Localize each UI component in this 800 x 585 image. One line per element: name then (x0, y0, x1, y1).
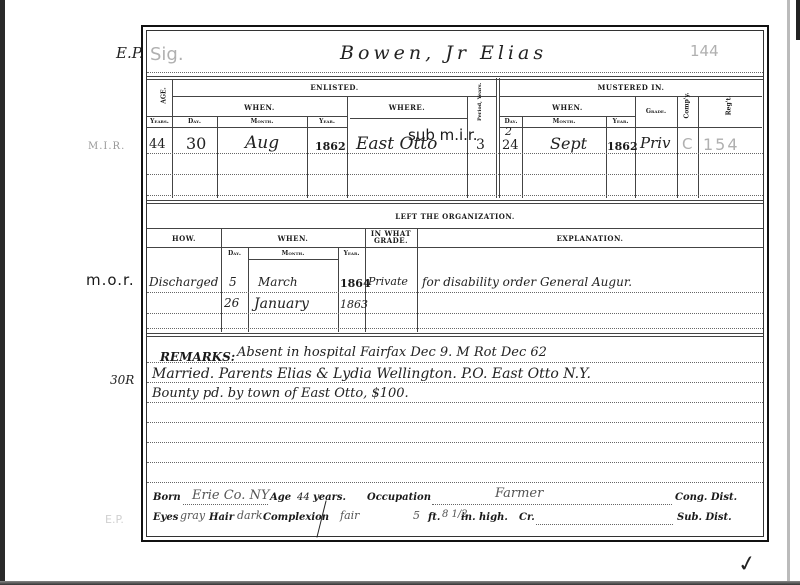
left-day-header: Day. (221, 250, 248, 257)
scan-right-edge (787, 0, 790, 585)
occupation-label: Occupation (367, 492, 431, 503)
left-explanation-value: for disability order General Augur. (422, 275, 632, 289)
in-high-label: in. high. (461, 512, 508, 523)
eyes-label: Eyes (153, 512, 178, 523)
remarks-line-rule-1 (147, 362, 763, 363)
age-label: Age (270, 492, 291, 503)
remarks-top-divider (147, 333, 763, 337)
remarks-line-rule-2 (147, 382, 763, 383)
years-label: years. (313, 492, 346, 503)
left-grade-header: IN WHAT GRADE. (365, 230, 417, 244)
subhdr-line-1 (147, 116, 347, 117)
mustered-grade-value: Priv (640, 134, 671, 152)
eyes-value: gray (180, 509, 205, 522)
cr-label: Cr. (519, 512, 535, 523)
left-month-value-1: March (258, 275, 298, 289)
mustered-day-header: Day. (500, 118, 522, 125)
entry-line-2 (147, 174, 763, 175)
margin-note-bottom: E.P. (105, 513, 124, 526)
mustered-company-value: C (682, 135, 692, 153)
how-header: HOW. (147, 234, 221, 243)
enlisted-when-header: WHEN. (172, 103, 347, 112)
remarks-line-rule-3 (147, 402, 763, 403)
header-divider (147, 76, 763, 80)
enlisted-year-header: Year. (307, 118, 347, 125)
enlisted-header-line (172, 96, 497, 97)
cong-dist-label: Cong. Dist. (675, 492, 737, 503)
enlisted-month-value: Aug (245, 133, 279, 153)
left-entry-line-2 (147, 313, 763, 314)
mustered-subhdr-line-2 (500, 127, 762, 128)
regiment-line (698, 96, 699, 198)
remarks-line-2: Married. Parents Elias & Lydia Wellingto… (152, 366, 591, 382)
left-org-header-line (147, 228, 763, 229)
left-day-value-1: 5 (229, 275, 237, 289)
mustered-day-correction: 2 (505, 125, 512, 138)
enlisted-where-note: sub m.i.r. (408, 126, 478, 144)
name-underline (147, 72, 763, 73)
checkmark-icon: ✓ (736, 551, 758, 579)
mustered-month-value: Sept (550, 134, 587, 153)
soldier-name: Bowen, Jr Elias (340, 42, 547, 64)
period-line (467, 96, 468, 198)
remarks-line-rule-5 (147, 442, 763, 443)
born-underline (183, 504, 268, 505)
enlisted-where-header: WHERE. (347, 103, 467, 112)
age-col-line (172, 80, 173, 198)
enlisted-day-value: 30 (186, 134, 206, 153)
sig-label: Sig. (150, 44, 184, 65)
explanation-line (417, 228, 418, 332)
left-year-header: Year. (338, 250, 365, 257)
mustered-subhdr-line (500, 116, 635, 117)
occupation-value: Farmer (495, 486, 543, 501)
enlisted-year-value: 1862 (315, 140, 346, 153)
where-subline (350, 118, 467, 119)
hair-value: dark (237, 509, 263, 522)
left-grade-value: Private (368, 275, 408, 288)
entry-line-1 (147, 153, 763, 154)
left-month-value-2: January (254, 296, 309, 312)
margin-note-mustered: M.I.R. (88, 141, 125, 152)
hair-label: Hair (209, 512, 234, 523)
period-header: Period, Years. (477, 85, 483, 121)
left-org-header: LEFT THE ORGANIZATION. (147, 212, 763, 221)
left-entry-line-1 (147, 292, 763, 293)
scan-left-edge (0, 0, 5, 585)
born-label: Born (153, 492, 181, 503)
enl-month-line (307, 116, 308, 198)
mustered-year-header: Year. (606, 118, 635, 125)
ft-label: ft. (428, 512, 440, 523)
entry-line-3 (147, 195, 763, 196)
left-month-line (338, 247, 339, 332)
regiment-header: Reg't. (726, 91, 733, 121)
remarks-line-3: Bounty pd. by town of East Otto, $100. (152, 386, 409, 401)
left-how-value: Discharged (149, 275, 218, 289)
mustered-when-header: WHEN. (500, 103, 635, 112)
company-header: Comp'y. (684, 91, 691, 121)
mustered-day-value: 24 (502, 138, 519, 153)
enlisted-header: ENLISTED. (172, 83, 497, 92)
mustered-header-line (500, 96, 762, 97)
mus-day-line (522, 116, 523, 198)
margin-note-top: E.P. (116, 44, 144, 62)
remarks-line-rule-7 (147, 482, 763, 483)
scan-corner (796, 0, 800, 40)
mustered-regiment-value: 154 (703, 135, 740, 154)
born-value: Erie Co. NY (192, 488, 269, 503)
left-month-header: Month. (248, 250, 338, 257)
how-line (221, 228, 222, 332)
margin-note-left-org: m.o.r. (86, 271, 135, 289)
mustered-header: MUSTERED IN. (500, 83, 762, 92)
left-org-top-divider (147, 200, 763, 204)
card-number: 144 (690, 42, 719, 60)
remarks-line-rule-4 (147, 422, 763, 423)
scan-bottom-edge (0, 581, 800, 585)
left-month-subline (248, 259, 338, 260)
age-header: AGE. (161, 78, 168, 114)
mustered-year-value: 1862 (607, 140, 638, 153)
enlisted-age-value: 44 (149, 137, 166, 152)
margin-note-remarks: 30R (110, 373, 134, 387)
complexion-value: fair (340, 509, 359, 522)
enlisted-month-header: Month. (217, 118, 307, 125)
enlisted-day-header: Day. (172, 118, 217, 125)
remarks-line-1: Absent in hospital Fairfax Dec 9. M Rot … (237, 345, 547, 360)
subhdr-line-2 (147, 127, 347, 128)
age-value: 44 (297, 492, 310, 503)
remarks-line-rule-6 (147, 462, 763, 463)
explanation-header: EXPLANATION. (417, 234, 763, 243)
years-header: Years. (147, 118, 172, 125)
left-day-value-2: 26 (224, 296, 239, 310)
occupation-underline (432, 504, 672, 505)
left-entry-line-3 (147, 328, 763, 329)
grade-header: Grade. (635, 108, 677, 115)
sub-dist-label: Sub. Dist. (677, 512, 732, 523)
mustered-month-header: Month. (522, 118, 606, 125)
left-year-value-2: 1863 (340, 298, 368, 311)
enlisted-period-value: 3 (476, 137, 485, 153)
cr-underline (536, 524, 673, 525)
company-line (677, 96, 678, 198)
left-year-value-1: 1864 (340, 277, 371, 290)
left-when-header: WHEN. (221, 234, 365, 243)
left-subhdr-line (147, 247, 763, 248)
enl-day-line (217, 116, 218, 198)
mus-month-line (606, 116, 607, 198)
height-feet-value: 5 (413, 509, 420, 522)
